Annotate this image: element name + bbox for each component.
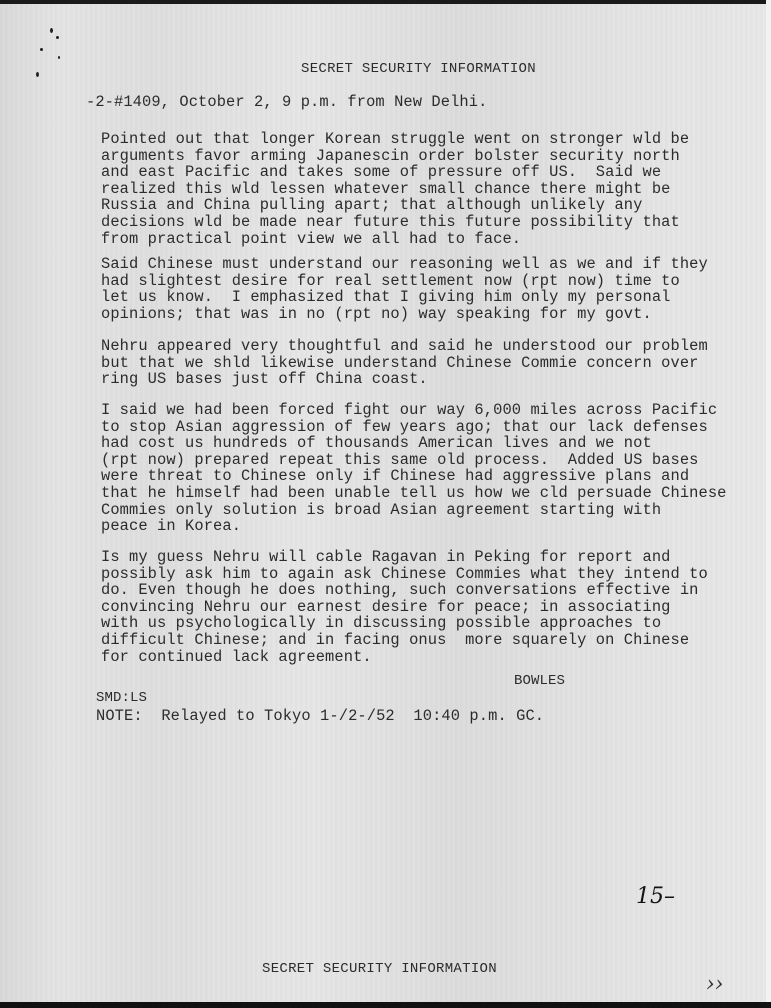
relay-note: NOTE: Relayed to Tokyo 1-/2-/52 10:40 p.…: [96, 707, 544, 725]
document-page: SECRET SECURITY INFORMATION -2-#1409, Oc…: [0, 4, 766, 1002]
page-edge: [766, 0, 771, 1008]
paragraph-5: Is my guess Nehru will cable Ragavan in …: [101, 549, 708, 665]
paragraph-2: Said Chinese must understand our reasoni…: [101, 256, 708, 322]
handwritten-corner-mark: ››: [706, 972, 724, 997]
paragraph-3: Nehru appeared very thoughtful and said …: [101, 338, 708, 388]
signature: BOWLES: [514, 673, 565, 689]
telegram-reference: -2-#1409, October 2, 9 p.m. from New Del…: [86, 93, 487, 111]
paragraph-4: I said we had been forced fight our way …: [101, 402, 727, 535]
drafting-initials: SMD:LS: [96, 690, 147, 706]
handwritten-page-number: 15–: [636, 884, 675, 909]
header-classification: SECRET SECURITY INFORMATION: [301, 61, 536, 77]
footer-classification: SECRET SECURITY INFORMATION: [262, 961, 497, 977]
paragraph-1: Pointed out that longer Korean struggle …: [101, 131, 689, 247]
margin-punch-marks: [36, 26, 66, 86]
scan-border: [0, 1002, 771, 1008]
